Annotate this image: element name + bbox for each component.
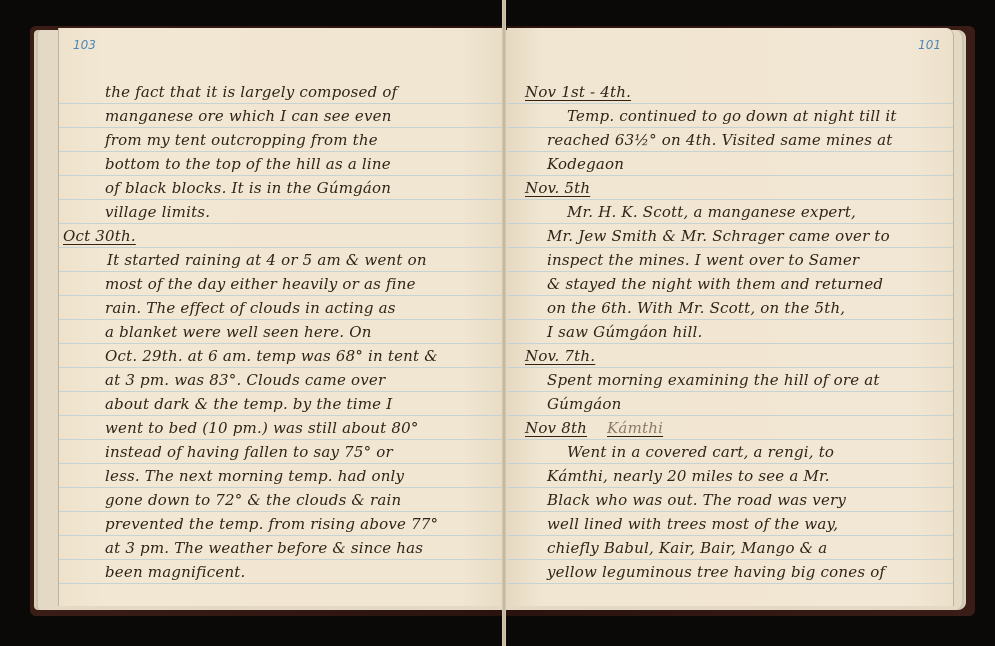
- diary-line: been magnificent.: [59, 560, 505, 584]
- diary-line: at 3 pm. The weather before & since has: [59, 536, 505, 560]
- diary-line: bottom to the top of the hill as a line: [59, 152, 505, 176]
- entry-date-heading: Oct 30th.: [59, 224, 505, 248]
- diary-line: reached 63½° on 4th. Visited same mines …: [507, 128, 953, 152]
- line-text: manganese ore which I can see even: [105, 107, 392, 125]
- right-page: 101 Nov 1st - 4th.Temp. continued to go …: [507, 28, 954, 606]
- notebook-gutter: [502, 0, 506, 646]
- line-text: Nov 1st - 4th.: [525, 83, 631, 101]
- line-text: reached 63½° on 4th. Visited same mines …: [547, 131, 892, 149]
- diary-line: village limits.: [59, 200, 505, 224]
- line-text: Gúmgáon: [547, 395, 622, 413]
- page-number: 103: [73, 38, 96, 52]
- diary-line: gone down to 72° & the clouds & rain: [59, 488, 505, 512]
- diary-line: of black blocks. It is in the Gúmgáon: [59, 176, 505, 200]
- entry-place-label: Kámthi: [607, 419, 663, 437]
- diary-line: Kodegaon: [507, 152, 953, 176]
- line-text: chiefly Babul, Kair, Bair, Mango & a: [547, 539, 827, 557]
- line-text: bottom to the top of the hill as a line: [105, 155, 391, 173]
- diary-line: on the 6th. With Mr. Scott, on the 5th,: [507, 296, 953, 320]
- line-text: most of the day either heavily or as fin…: [105, 275, 416, 293]
- line-text: Oct. 29th. at 6 am. temp was 68° in tent…: [105, 347, 438, 365]
- diary-line: Temp. continued to go down at night till…: [507, 104, 953, 128]
- entry-date-heading: Nov 1st - 4th.: [507, 80, 953, 104]
- entry-date-heading: Nov. 7th.: [507, 344, 953, 368]
- page-number: 101: [918, 38, 941, 52]
- line-text: of black blocks. It is in the Gúmgáon: [105, 179, 391, 197]
- diary-line: about dark & the temp. by the time I: [59, 392, 505, 416]
- diary-line: went to bed (10 pm.) was still about 80°: [59, 416, 505, 440]
- line-text: well lined with trees most of the way,: [547, 515, 838, 533]
- line-text: Kodegaon: [547, 155, 624, 173]
- line-text: rain. The effect of clouds in acting as: [105, 299, 396, 317]
- line-text: a blanket were well seen here. On: [105, 323, 372, 341]
- line-text: inspect the mines. I went over to Samer: [547, 251, 859, 269]
- line-text: Mr. H. K. Scott, a manganese expert,: [567, 203, 856, 221]
- diary-line: inspect the mines. I went over to Samer: [507, 248, 953, 272]
- diary-line: a blanket were well seen here. On: [59, 320, 505, 344]
- line-text: Mr. Jew Smith & Mr. Schrager came over t…: [547, 227, 890, 245]
- line-text: prevented the temp. from rising above 77…: [105, 515, 438, 533]
- left-page-text: the fact that it is largely composed ofm…: [59, 80, 505, 584]
- line-text: I saw Gúmgáon hill.: [547, 323, 702, 341]
- diary-line: instead of having fallen to say 75° or: [59, 440, 505, 464]
- line-text: less. The next morning temp. had only: [105, 467, 404, 485]
- diary-line: Spent morning examining the hill of ore …: [507, 368, 953, 392]
- diary-line: Oct. 29th. at 6 am. temp was 68° in tent…: [59, 344, 505, 368]
- entry-date-heading: Nov. 5th: [507, 176, 953, 200]
- diary-line: from my tent outcropping from the: [59, 128, 505, 152]
- line-text: Spent morning examining the hill of ore …: [547, 371, 880, 389]
- line-text: Nov. 5th: [525, 179, 590, 197]
- line-text: Went in a covered cart, a rengi, to: [567, 443, 834, 461]
- line-text: the fact that it is largely composed of: [105, 83, 397, 101]
- diary-line: Kámthi, nearly 20 miles to see a Mr.: [507, 464, 953, 488]
- diary-line: chiefly Babul, Kair, Bair, Mango & a: [507, 536, 953, 560]
- diary-line: rain. The effect of clouds in acting as: [59, 296, 505, 320]
- line-text: It started raining at 4 or 5 am & went o…: [107, 251, 427, 269]
- line-text: on the 6th. With Mr. Scott, on the 5th,: [547, 299, 845, 317]
- diary-line: Gúmgáon: [507, 392, 953, 416]
- line-text: yellow leguminous tree having big cones …: [547, 563, 885, 581]
- diary-line: & stayed the night with them and returne…: [507, 272, 953, 296]
- line-text: gone down to 72° & the clouds & rain: [105, 491, 401, 509]
- left-page: 103 the fact that it is largely composed…: [58, 28, 505, 606]
- line-text: instead of having fallen to say 75° or: [105, 443, 393, 461]
- line-text: Nov. 7th.: [525, 347, 595, 365]
- diary-line: well lined with trees most of the way,: [507, 512, 953, 536]
- diary-line: Mr. H. K. Scott, a manganese expert,: [507, 200, 953, 224]
- diary-line: manganese ore which I can see even: [59, 104, 505, 128]
- diary-line: Black who was out. The road was very: [507, 488, 953, 512]
- line-text: been magnificent.: [105, 563, 246, 581]
- diary-line: yellow leguminous tree having big cones …: [507, 560, 953, 584]
- line-text: at 3 pm. The weather before & since has: [105, 539, 423, 557]
- right-page-text: Nov 1st - 4th.Temp. continued to go down…: [507, 80, 953, 584]
- line-text: Black who was out. The road was very: [547, 491, 846, 509]
- line-text: Kámthi, nearly 20 miles to see a Mr.: [547, 467, 830, 485]
- line-text: at 3 pm. was 83°. Clouds came over: [105, 371, 385, 389]
- line-text: about dark & the temp. by the time I: [105, 395, 392, 413]
- diary-line: at 3 pm. was 83°. Clouds came over: [59, 368, 505, 392]
- diary-line: most of the day either heavily or as fin…: [59, 272, 505, 296]
- diary-line: Went in a covered cart, a rengi, to: [507, 440, 953, 464]
- line-text: Temp. continued to go down at night till…: [567, 107, 897, 125]
- diary-line: prevented the temp. from rising above 77…: [59, 512, 505, 536]
- line-text: from my tent outcropping from the: [105, 131, 378, 149]
- diary-line: It started raining at 4 or 5 am & went o…: [59, 248, 505, 272]
- diary-line: the fact that it is largely composed of: [59, 80, 505, 104]
- line-text: village limits.: [105, 203, 210, 221]
- diary-line: Mr. Jew Smith & Mr. Schrager came over t…: [507, 224, 953, 248]
- line-text: Oct 30th.: [63, 227, 136, 245]
- diary-line: I saw Gúmgáon hill.: [507, 320, 953, 344]
- diary-line: less. The next morning temp. had only: [59, 464, 505, 488]
- entry-date-heading: Nov 8thKámthi: [507, 416, 953, 440]
- line-text: went to bed (10 pm.) was still about 80°: [105, 419, 419, 437]
- line-text: Nov 8th: [525, 419, 587, 437]
- line-text: & stayed the night with them and returne…: [547, 275, 883, 293]
